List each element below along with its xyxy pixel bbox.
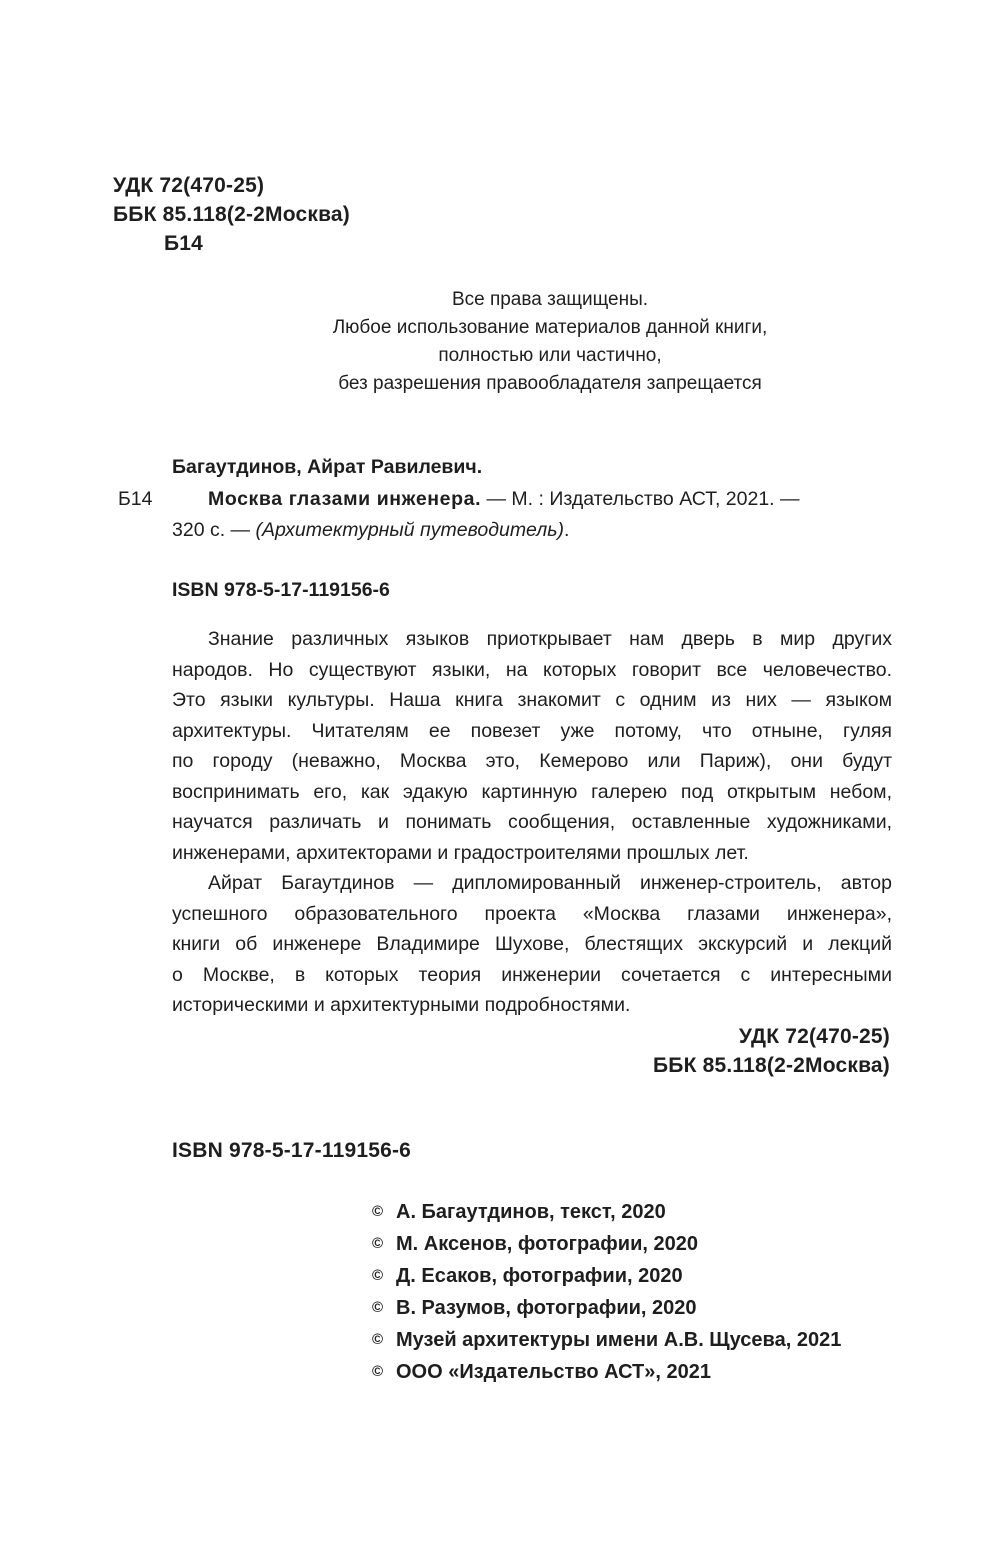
annotation-line: о Москве, в которых теория инженерии соч… xyxy=(172,960,892,991)
copyright-icon: © xyxy=(372,1196,396,1228)
title-imprint-line: Москва глазами инженера. — М. : Издатель… xyxy=(208,484,800,515)
annotation-line: Это языки культуры. Наша книга знакомит … xyxy=(172,685,892,716)
bbk-code-top: ББК 85.118(2-2Москва) xyxy=(113,201,350,229)
copyright-item: ©А. Багаутдинов, текст, 2020 xyxy=(372,1196,841,1228)
copyright-item: ©Музей архитектуры имени А.В. Щусева, 20… xyxy=(372,1324,841,1356)
page-count: 320 с. — xyxy=(172,519,255,541)
copyright-item: ©М. Аксенов, фотографии, 2020 xyxy=(372,1228,841,1260)
pages-series-line: 320 с. — (Архитектурный путеводитель). xyxy=(172,515,569,546)
series-period: . xyxy=(564,519,569,541)
copyright-text: Д. Есаков, фотографии, 2020 xyxy=(396,1265,683,1287)
udk-code-bottom: УДК 72(470-25) xyxy=(739,1023,890,1051)
annotation-paragraph-2: Айрат Багаутдинов — дипломированный инже… xyxy=(172,868,892,1021)
rights-line: Все права защищены. xyxy=(290,286,810,314)
rights-line: без разрешения правообладателя запрещает… xyxy=(290,370,810,398)
rights-notice: Все права защищены. Любое использование … xyxy=(290,286,810,398)
copyright-icon: © xyxy=(372,1228,396,1260)
annotation-paragraph-1: Знание различных языков приоткрывает нам… xyxy=(172,624,892,868)
margin-author-sign: Б14 xyxy=(118,484,153,515)
copyright-list: ©А. Багаутдинов, текст, 2020 ©М. Аксенов… xyxy=(372,1196,841,1388)
copyright-text: В. Разумов, фотографии, 2020 xyxy=(396,1297,697,1319)
copyright-icon: © xyxy=(372,1260,396,1292)
copyright-text: ООО «Издательство АСТ», 2021 xyxy=(396,1361,711,1383)
copyright-item: ©Д. Есаков, фотографии, 2020 xyxy=(372,1260,841,1292)
copyright-item: ©ООО «Издательство АСТ», 2021 xyxy=(372,1356,841,1388)
book-title: Москва глазами инженера. xyxy=(208,488,481,510)
copyright-text: А. Багаутдинов, текст, 2020 xyxy=(396,1201,666,1223)
annotation-line: историческими и архитектурными подробнос… xyxy=(172,990,892,1021)
annotation-line: инженерами, архитекторами и градостроите… xyxy=(172,838,892,869)
rights-line: полностью или частично, xyxy=(290,342,810,370)
annotation-line: народов. Но существуют языки, на которых… xyxy=(172,655,892,686)
annotation-line: воспринимать его, как эдакую картинную г… xyxy=(172,777,892,808)
series-name: (Архитектурный путеводитель) xyxy=(255,519,564,541)
author-sign-top: Б14 xyxy=(164,230,203,258)
annotation-line: научатся различать и понимать сообщения,… xyxy=(172,807,892,838)
udk-code-top: УДК 72(470-25) xyxy=(113,172,264,200)
isbn-top: ISBN 978-5-17-119156-6 xyxy=(172,575,390,606)
copyright-item: ©В. Разумов, фотографии, 2020 xyxy=(372,1292,841,1324)
copyright-icon: © xyxy=(372,1292,396,1324)
isbn-bottom: ISBN 978-5-17-119156-6 xyxy=(172,1137,411,1165)
bbk-code-bottom: ББК 85.118(2-2Москва) xyxy=(653,1052,890,1080)
annotation-line: Знание различных языков приоткрывает нам… xyxy=(172,624,892,655)
copyright-icon: © xyxy=(372,1324,396,1356)
annotation-line: по городу (неважно, Москва это, Кемерово… xyxy=(172,746,892,777)
imprint: — М. : Издательство АСТ, 2021. — xyxy=(481,488,799,510)
annotation-line: успешного образовательного проекта «Моск… xyxy=(172,899,892,930)
author-heading: Багаутдинов, Айрат Равилевич. xyxy=(172,452,482,483)
copyright-text: М. Аксенов, фотографии, 2020 xyxy=(396,1233,698,1255)
annotation-line: Айрат Багаутдинов — дипломированный инже… xyxy=(172,868,892,899)
annotation-line: архитектуры. Читателям ее повезет уже по… xyxy=(172,716,892,747)
rights-line: Любое использование материалов данной кн… xyxy=(290,314,810,342)
annotation-line: книги об инженере Владимире Шухове, блес… xyxy=(172,929,892,960)
copyright-text: Музей архитектуры имени А.В. Щусева, 202… xyxy=(396,1329,841,1351)
copyright-icon: © xyxy=(372,1356,396,1388)
